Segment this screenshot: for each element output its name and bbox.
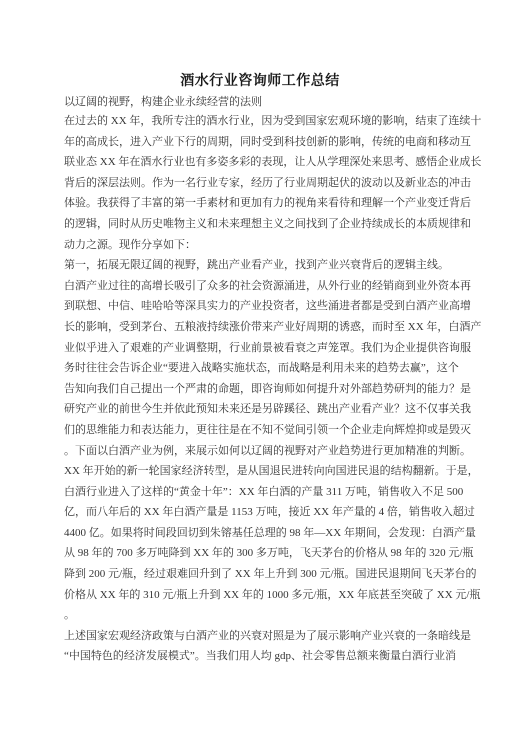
text-line: 第一，拓展无限辽阔的视野，跳出产业看产业，找到产业兴衰背后的逻辑主线。 xyxy=(64,255,466,276)
text-line: 研究产业的前世今生并依此预知未来还是另辟蹊径、跳出产业看产业？这不仅事关我 xyxy=(64,399,466,420)
text-line: 们的思维能力和表达能力，更往往是在不知不觉间引领一个企业走向辉煌抑或是毁灭 xyxy=(64,420,466,441)
text-line: 务时往往会告诉企业“要进入战略实施状态，而战略是利用未来的趋势去赢”，这个 xyxy=(64,358,466,379)
text-line: 白酒产业过往的高增长吸引了众多的社会资源涌进，从外行业的经销商到业外资本再 xyxy=(64,276,466,297)
document-page: 酒水行业咨询师工作总结 以辽阔的视野，构建企业永续经营的法则 在过去的 XX 年… xyxy=(0,0,520,735)
text-line: 4400 亿。如果将时间段回切到朱镕基任总理的 98 年—XX 年期间，会发现：… xyxy=(64,523,466,544)
text-line: 业似乎进入了艰难的产业调整期，行业前景被看衰之声笼罩。我们为企业提供咨询服 xyxy=(64,338,466,359)
text-line: 从 98 年的 700 多万吨降到 XX 年的 300 多万吨，飞天茅台的价格从… xyxy=(64,543,466,564)
text-line: XX 年开始的新一轮国家经济转型，是从国退民进转向向国进民退的结构翻新。于是， xyxy=(64,461,466,482)
text-line: 背后的深层法则。作为一名行业专家，经历了行业周期起伏的波动以及新业态的冲击 xyxy=(64,173,466,194)
document-title: 酒水行业咨询师工作总结 xyxy=(0,70,520,90)
text-line: 。下面以白酒产业为例，来展示如何以辽阔的视野对产业趋势进行更加精准的判断。 xyxy=(64,441,466,462)
text-line: 降到 200 元/瓶，经过艰难回升到了 XX 年上升到 300 元/瓶。国进民退… xyxy=(64,564,466,585)
text-line: 体验。我获得了丰富的第一手素材和更加有力的视角来看待和理解一个产业变迁背后 xyxy=(64,193,466,214)
text-line: 告知向我们自己提出一个严肃的命题，即咨询师如何提升对外部趋势研判的能力？是 xyxy=(64,379,466,400)
text-line: 动力之源。现作分享如下： xyxy=(64,235,466,256)
text-line: 在过去的 XX 年，我所专注的酒水行业，因为受到国家宏观环境的影响，结束了连续十 xyxy=(64,111,466,132)
text-line: 价格从 XX 年的 310 元/瓶上升到 XX 年的 1000 多元/瓶，XX … xyxy=(64,585,466,606)
text-line: 亿，而八年后的 XX 年白酒产量是 1153 万吨，接近 XX 年产量的 4 倍… xyxy=(64,502,466,523)
text-line: 联业态 XX 年在酒水行业也有多姿多彩的表现，让人从学理深处来思考、感悟企业成长 xyxy=(64,152,466,173)
text-line: 的逻辑，同时从历史唯物主义和未来理想主义之间找到了企业持续成长的本质规律和 xyxy=(64,214,466,235)
text-line: 白酒行业进入了这样的“黄金十年”：XX 年白酒的产量 311 万吨，销售收入不足… xyxy=(64,482,466,503)
text-line: 上述国家宏观经济政策与白酒产业的兴衰对照是为了展示影响产业兴衰的一条暗线是 xyxy=(64,626,466,647)
text-line: 到联想、中信、哇哈哈等深具实力的产业投资者，这些涌进者都是受到白酒产业高增 xyxy=(64,296,466,317)
document-body: 在过去的 XX 年，我所专注的酒水行业，因为受到国家宏观环境的影响，结束了连续十… xyxy=(64,111,466,667)
text-line: 。 xyxy=(64,605,466,626)
text-line: 长的影响，受到茅台、五粮液持续涨价带来产业好周期的诱惑，而时至 XX 年，白酒产 xyxy=(64,317,466,338)
text-line: “中国特色的经济发展模式”。当我们用人均 gdp、社会零售总额来衡量白酒行业消 xyxy=(64,646,466,667)
document-subtitle: 以辽阔的视野，构建企业永续经营的法则 xyxy=(64,95,464,109)
text-line: 年的高成长，进入产业下行的周期，同时受到科技创新的影响，传统的电商和移动互 xyxy=(64,132,466,153)
